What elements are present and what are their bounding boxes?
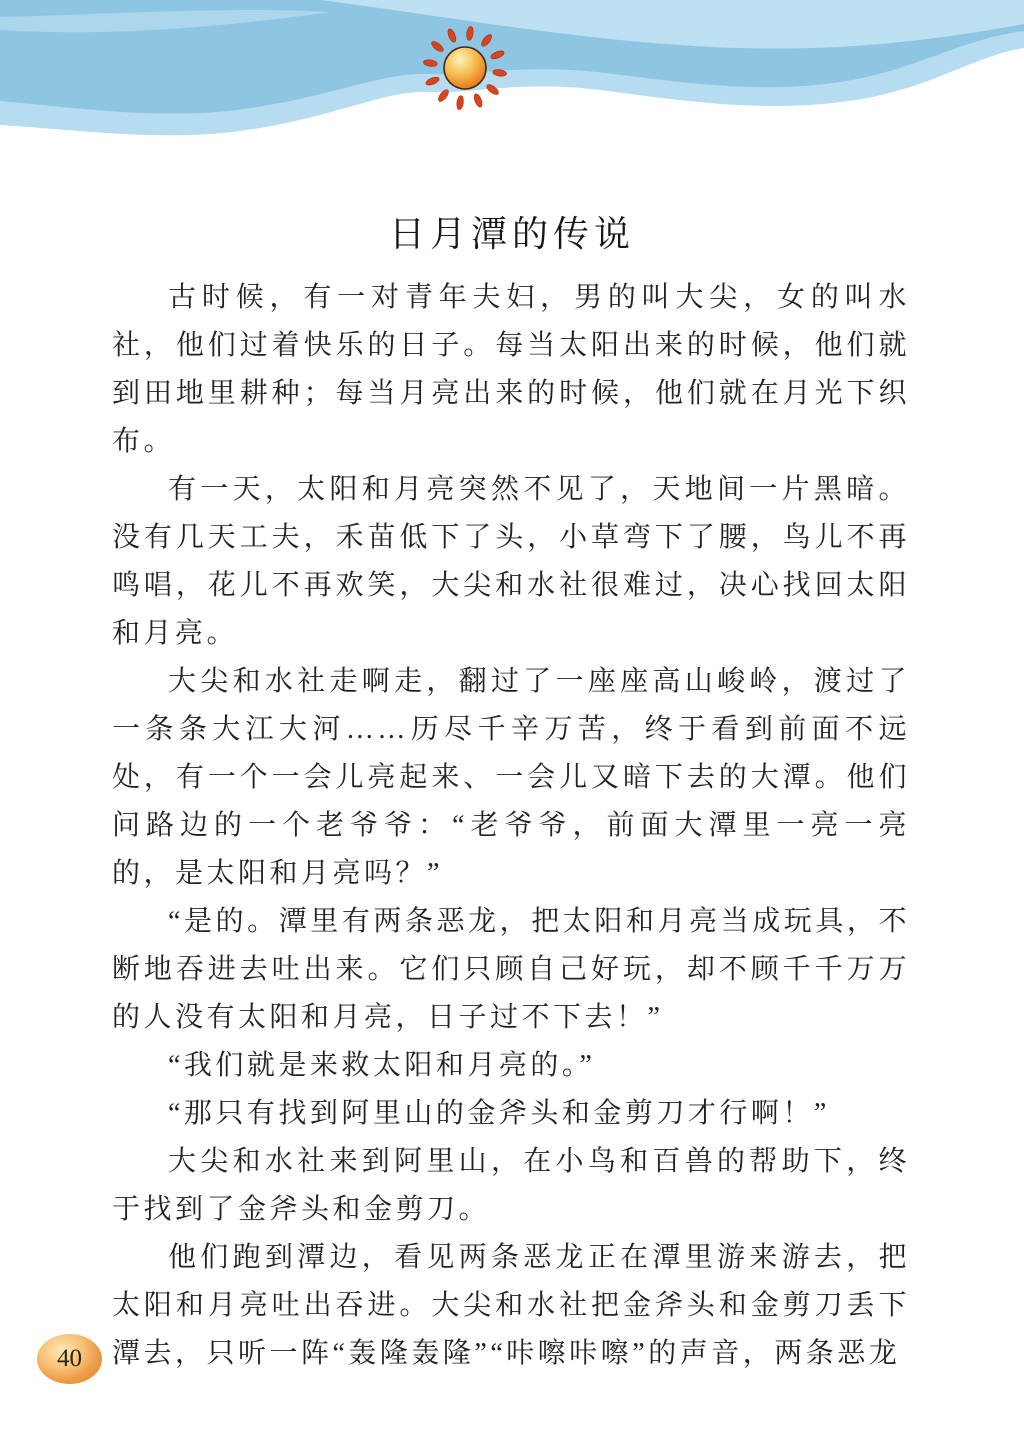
header-waves (0, 0, 1024, 178)
story-paragraph: 古时候，有一对青年夫妇，男的叫大尖，女的叫水社，他们过着快乐的日子。每当太阳出来… (112, 274, 910, 466)
story-paragraph: “我们就是来救太阳和月亮的。” (112, 1042, 910, 1090)
page-number-badge: 40 (37, 1334, 102, 1384)
story-paragraph: 有一天，太阳和月亮突然不见了，天地间一片黑暗。没有几天工夫，禾苗低下了头，小草弯… (112, 466, 910, 658)
page-title: 日月潭的传说 (0, 206, 1024, 257)
story-paragraph: “是的。潭里有两条恶龙，把太阳和月亮当成玩具，不断地吞进去吐出来。它们只顾自己好… (112, 898, 910, 1042)
story-paragraph: “那只有找到阿里山的金斧头和金剪刀才行啊！” (112, 1090, 910, 1138)
story-paragraph: 大尖和水社来到阿里山，在小鸟和百兽的帮助下，终于找到了金斧头和金剪刀。 (112, 1138, 910, 1234)
story-paragraph: 他们跑到潭边，看见两条恶龙正在潭里游来游去，把太阳和月亮吐出吞进。大尖和水社把金… (112, 1234, 910, 1378)
story-body: 古时候，有一对青年夫妇，男的叫大尖，女的叫水社，他们过着快乐的日子。每当太阳出来… (112, 274, 910, 1378)
page-number: 40 (57, 1346, 82, 1371)
story-paragraph: 大尖和水社走啊走，翻过了一座座高山峻岭，渡过了一条条大江大河……历尽千辛万苦，终… (112, 658, 910, 898)
